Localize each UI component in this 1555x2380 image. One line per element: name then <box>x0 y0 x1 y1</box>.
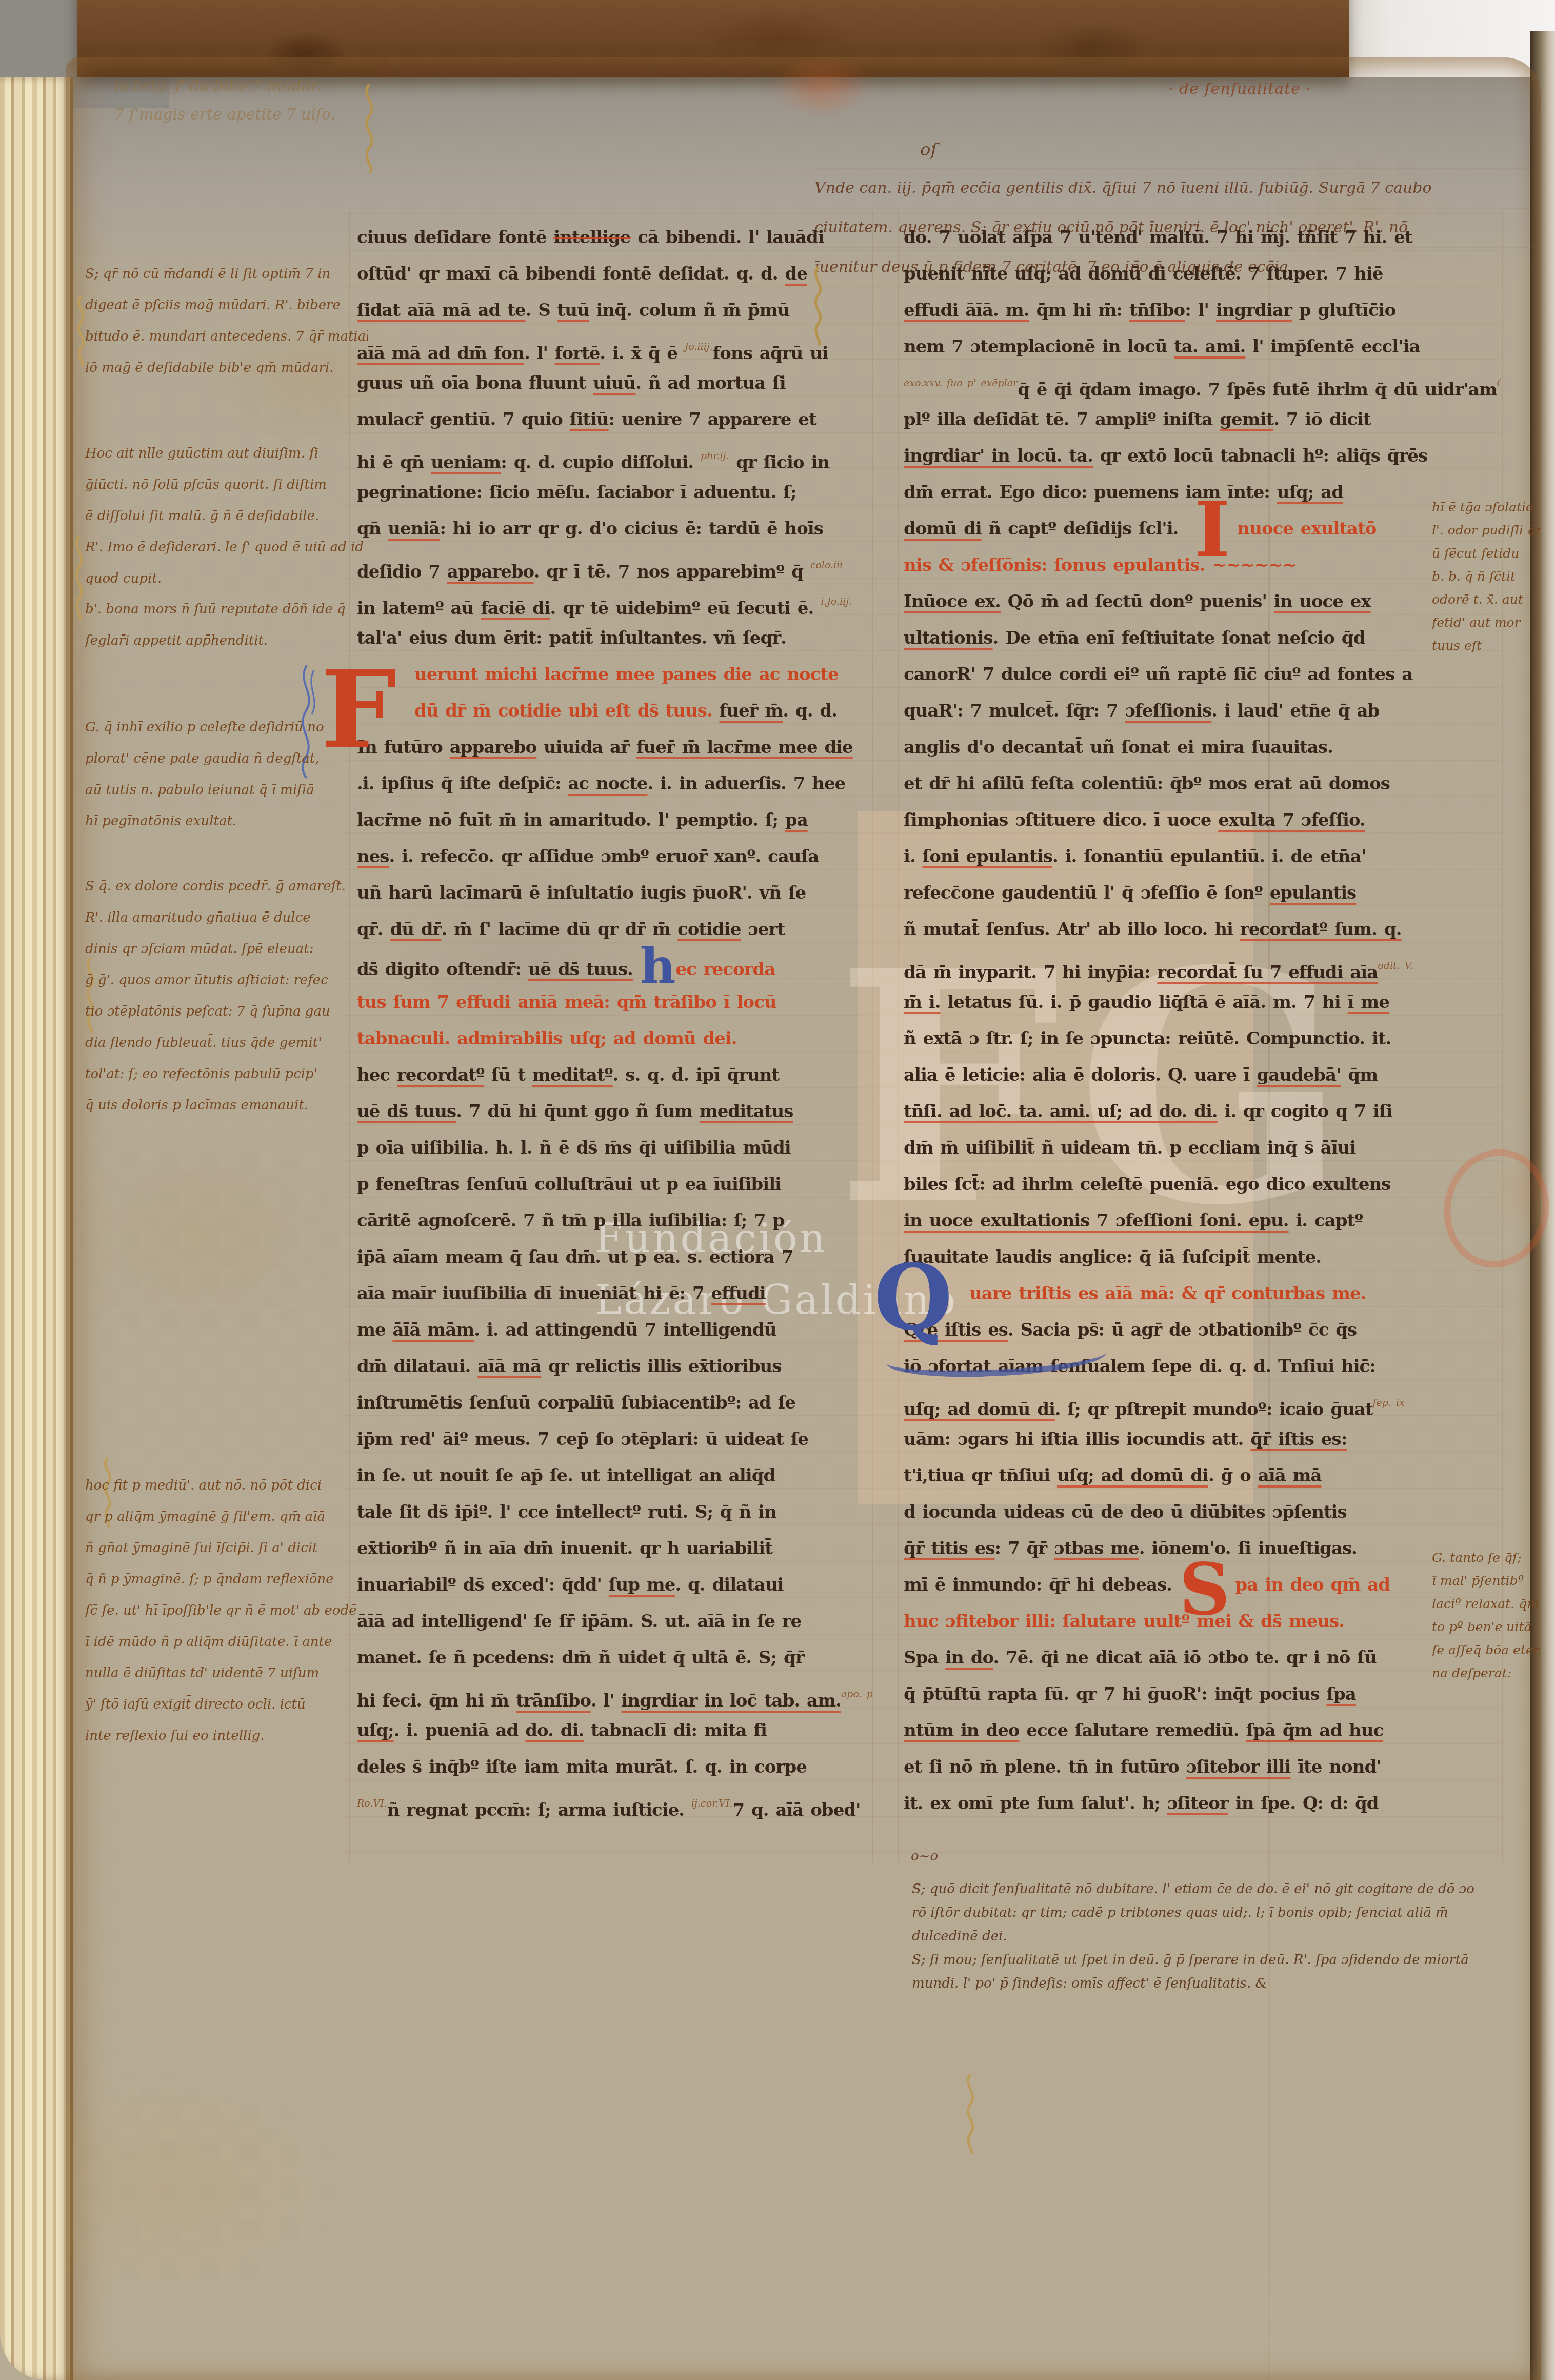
text-segment: i. qr cogito q 7 iſi <box>1218 1101 1392 1122</box>
text-segment: ip̄m red' āiº meus. 7 cep̄ ſo ɔtēplari: … <box>357 1429 808 1450</box>
text-line: q̄ p̄tūſtū rapta ſū. qr 7 hi ḡuoR': inq̄… <box>904 1676 1501 1713</box>
text-segment: tuū <box>557 300 589 321</box>
text-line: ip̄ā aīam meam q̄ ſau dm̄. ut p ea. s. e… <box>357 1239 872 1276</box>
text-segment: deles s̄ inq̄bº iſte iam mita murāt. ſ. … <box>357 1757 807 1777</box>
text-segment: tale ſit ds̄ ip̄iº. l' cce intellectº ru… <box>357 1502 776 1522</box>
gloss-line: R'. illa amaritudo gn̄atiua ē dulce <box>85 902 368 934</box>
gloss-line: fetid' aut mor <box>1432 611 1541 634</box>
text-column-left: ciuus deſidare fontē intellige cā bibend… <box>357 220 872 1822</box>
text-segment: i.Jo.iij. <box>821 596 852 607</box>
text-segment: i. captº <box>1289 1211 1363 1231</box>
text-segment: . 7 iō dicit <box>1273 409 1371 430</box>
gloss-line: Vnde can. iij. p̄qm̄ ecc̄ia gentilis dix… <box>814 168 1538 208</box>
text-line: ds̄ digito oſtendr̄: uē ds̄ tuus. hec re… <box>357 948 872 984</box>
text-segment: intellige <box>553 227 630 248</box>
gloss-line: hoc fit p mediū'. aut nō. nō pōt dici <box>85 1470 368 1501</box>
text-segment: do. 7 uolat aſpa 7 u'tend' maltū. 7 hi m… <box>904 227 1412 248</box>
text-line: hi ē qn̄ ueniam: q. d. cupio diſſolui. p… <box>357 438 872 474</box>
text-line: .i. ipſius q̄ iſte deſpic̄: ac nocte. i.… <box>357 766 872 802</box>
margin-gloss: S q̄. ex dolore cordis pcedr̄. ḡ amareſt… <box>85 871 368 1121</box>
text-segment: uſq; ad <box>1277 482 1343 503</box>
text-line: ingrdiar' in locū. ta. qr extō locū tabn… <box>904 438 1501 474</box>
text-segment: Ro.VI. <box>357 1798 387 1809</box>
text-segment: : 7 q̄r̄ <box>995 1538 1054 1559</box>
text-segment: q̄r̄ titis es <box>904 1538 995 1559</box>
text-line: nem 7 ɔtemplacionē in locū ta. ami. l' i… <box>904 329 1501 365</box>
text-segment: ī me <box>1348 992 1389 1013</box>
text-segment: q̄m hi m̄: <box>1029 300 1129 321</box>
pen-mark: oſ <box>920 140 937 160</box>
manuscript-photo: FG Fundación Lázaro Galdiano · de ſenſua… <box>0 0 1555 2380</box>
text-segment: . i laud' etn̄e q̄ ab <box>1211 701 1379 721</box>
gloss-line: nulla ē diūſitas td' uidentē 7 uiſum <box>85 1658 368 1689</box>
text-segment: guus uñ oīa bona fluunt <box>357 373 593 393</box>
text-segment: recordat̄ ſu 7 effudi aīa <box>1157 962 1378 983</box>
gloss-line: hī pegīnatōnis exultat. <box>85 806 368 837</box>
text-line: i. ſoni epulantis. i. ſonantiū epulantiū… <box>904 839 1501 875</box>
text-segment: . i. x̄ q̄ ē <box>600 343 684 364</box>
text-segment: do. di. <box>525 1720 584 1741</box>
text-line: Spa in do. 7ē. q̄i ne dicat aīā iō ɔtbo … <box>904 1640 1501 1676</box>
margin-gloss: Hoc ait nlle guūctim aut diuiſim. ſiḡiūc… <box>85 438 368 594</box>
text-segment: pa <box>785 810 808 830</box>
text-segment: : hi io arr qr g. d'o cicius ē: tardū ē … <box>440 519 823 539</box>
text-segment: ds̄ digito oſtendr̄: <box>357 959 528 980</box>
gloss-line: na deſperat: <box>1432 1661 1541 1684</box>
gloss-line: ū ſēcut fetidu <box>1432 542 1541 565</box>
text-segment: inq̄. colum ñ m̄ p̄mū <box>589 300 790 321</box>
text-line: anglis d'o decantat̄ uñ ſonat ei mira ſu… <box>904 729 1501 766</box>
text-segment: recordatº <box>397 1065 484 1085</box>
text-segment: ñ regnat pccm̄: ſ; arma iuſticie. <box>387 1800 691 1820</box>
text-segment: ingrdiar <box>1216 300 1292 321</box>
text-segment: meditatº <box>532 1065 613 1085</box>
gloss-line: laciº relaxat. q̄m <box>1432 1592 1541 1615</box>
text-line: domū di ñ captº deſidijs ſcl'i. Inuoce e… <box>904 511 1501 547</box>
text-line: canorR' 7 dulce cordi eiº uñ raptē ſic̄ … <box>904 657 1501 693</box>
gloss-line: digeat ē pſciis maḡ mūdari. R'. bibere <box>85 290 368 321</box>
pen-flourish-icon <box>356 82 383 174</box>
gloss-line: 7 ſ'magis erte apetite 7 uiſo. <box>114 101 335 129</box>
text-line: pegrinatione: ſicio mēſu. ſaciabor ī adu… <box>357 474 872 511</box>
text-segment: Inūoce ex. <box>904 591 1001 612</box>
text-segment: nes <box>357 846 389 867</box>
text-segment: . ſ; qr pſtrepit mundoº: icaio ḡuat <box>1055 1399 1373 1420</box>
text-segment: ueniā <box>388 519 440 539</box>
text-segment: āīā ad intelligend' ſe ſr̄ ip̄ām. S. ut.… <box>357 1611 801 1632</box>
top-center-gloss: G̃. quos mox infirmitas iuluat medicina … <box>377 61 764 76</box>
text-segment: i. <box>904 846 923 867</box>
parchment-page: FG Fundación Lázaro Galdiano · de ſenſua… <box>66 57 1541 2380</box>
text-segment: . i. refecc̄o. qr aſſidue ɔmbº eruor̄ xa… <box>389 846 819 867</box>
text-segment: gaudebā' <box>1257 1065 1341 1085</box>
text-segment: . iōnem'o. ſi inueſtigas. <box>1139 1538 1357 1559</box>
text-segment: ɔfeſſionis <box>1125 701 1212 721</box>
text-line: In futūro apparebo uiuida ar̄ fuer̄ m̄ l… <box>357 729 872 766</box>
text-line: puenit nīte uſq; ad domū di celeſtē. 7 ſ… <box>904 256 1501 292</box>
text-segment: uſq; ad domū di <box>904 1399 1055 1420</box>
text-segment: . qr tē uidebimº eū ſecuti ē. <box>550 598 821 619</box>
text-segment: tabnaculi. admirabilis uſq; ad domū dei. <box>357 1028 737 1049</box>
text-segment: quaR': 7 mulcet̄. ſq̄r: 7 <box>904 701 1125 721</box>
text-line: huc ɔfitebor illi: ſalutare uultº mei & … <box>904 1603 1501 1640</box>
text-line: tn̄ſi. ad loc̄. ta. ami. uſ; ad do. di. … <box>904 1094 1501 1130</box>
text-segment: q̄ ē q̄i q̄dam imago. 7 ſpēs futē ihrlm … <box>1018 380 1497 400</box>
text-segment: fuer̄ m̄ lacr̄me mee die <box>636 737 853 758</box>
text-line: tal'a' eius dum ērit: patit̄ inſultantes… <box>357 620 872 657</box>
gloss-line: S; qr̄ nō cū m̄dandi ē li ſit optim̄ 7 i… <box>85 259 368 290</box>
text-segment: . m̄ ſ' lacīme dū qr dr̄ m̄ <box>441 919 677 940</box>
text-segment: uare triſtis es aīā mā: & qr̄ conturbas … <box>969 1283 1366 1304</box>
text-segment: . l' <box>591 1691 622 1711</box>
text-segment: p feneſtras ſenſuū colluſtrāui ut p ea ī… <box>357 1174 781 1195</box>
text-line: et ſi nō m̄ plene. tn̄ in futūro ɔſitebo… <box>904 1749 1501 1786</box>
text-segment: ſitiū <box>570 409 609 430</box>
gloss-line: mundi. l' po' p̄ ſindeſis: omīs affect' … <box>912 1972 1535 1995</box>
text-line: in latemº aū faciē di. qr tē uidebimº eū… <box>357 584 872 620</box>
text-segment: : l' <box>1185 300 1216 321</box>
text-segment: q̄m <box>1341 1065 1378 1085</box>
text-line: p oīa uiſibilia. h. l. ñ ē ds̄ m̄s q̄i u… <box>357 1130 872 1166</box>
text-line: āīā ad intelligend' ſe ſr̄ ip̄ām. S. ut.… <box>357 1603 872 1640</box>
text-line: nes. i. refecc̄o. qr aſſidue ɔmbº eruor̄… <box>357 839 872 875</box>
text-line: uare triſtis es aīā mā: & qr̄ conturbas … <box>904 1276 1501 1312</box>
text-segment: huc ɔfitebor illi: ſalutare uultº mei & … <box>904 1611 1344 1632</box>
text-line: et dr̄ hi aſilū feſta colentiū: q̄bº mos… <box>904 766 1501 802</box>
text-segment: ta. ami. <box>1174 336 1245 357</box>
gloss-line: ḡ ḡ'. quos amor ūtutis aſticiat: refec <box>85 965 368 996</box>
text-segment: nem 7 ɔtemplacionē in locū <box>904 336 1174 357</box>
text-line: qr̄. dū dr̄. m̄ ſ' lacīme dū qr dr̄ m̄ c… <box>357 911 872 948</box>
text-segment: meditatus <box>700 1101 793 1122</box>
text-segment: p oīa uiſibilia. h. l. ñ ē ds̄ m̄s q̄i u… <box>357 1138 791 1158</box>
text-line: it. ex omī pte ſum ſalut'. h; ɔſiteor in… <box>904 1786 1501 1822</box>
text-segment: me <box>357 1320 392 1340</box>
text-line: oſtūd' qr maxī cā bibendi fontē deſidat.… <box>357 256 872 292</box>
text-segment: . 7 dū hi q̄unt ggo ñ ſum <box>456 1101 700 1122</box>
text-segment: ntūm in deo <box>904 1720 1020 1741</box>
text-line: ciuus deſidare fontē intellige cā bibend… <box>357 220 872 256</box>
text-line: tabnaculi. admirabilis uſq; ad domū dei. <box>357 1021 872 1057</box>
margin-gloss: G. tanto ſe q̄ſ;ī mal' p̄ſentibºlaciº re… <box>1432 1546 1541 1684</box>
gloss-line: plorat' cēne pate gaudia ñ degſtat, <box>85 743 368 775</box>
gloss-line: G. q̄ inhī exilio p celeſte deſidriū no <box>85 712 368 743</box>
gloss-line: quod cupit. <box>85 563 368 594</box>
text-segment: uām: ɔgars hi iſtia illis iocundis att. <box>904 1429 1250 1450</box>
text-line: deſidio 7 apparebo. qr ī tē. 7 nos appar… <box>357 547 872 584</box>
text-segment: refecc̄one gaudentiū l' q̄ ɔfeſſio ē ſon… <box>904 883 1270 903</box>
text-segment: apparebo <box>450 737 537 758</box>
text-line: uſq;. i. pueniā ad do. di. tabnaclī di: … <box>357 1713 872 1749</box>
text-segment: ɔſiteor <box>1167 1793 1228 1814</box>
text-segment: aīā mā <box>477 1356 541 1377</box>
gloss-line: inte reflexio ſui eo intellig. <box>85 1720 368 1752</box>
text-segment: dm̄ m̄ uiſibilit̄ ñ uideam tn̄. p ecclia… <box>904 1138 1355 1158</box>
text-segment: d iocunda uideas cū de deo ū diūbites ɔp… <box>904 1502 1347 1522</box>
text-segment: canorR' 7 dulce cordi eiº uñ raptē ſic̄ … <box>904 664 1412 685</box>
text-segment: de <box>785 264 807 284</box>
text-segment: hi feci. q̄m hi m̄ <box>357 1691 516 1711</box>
top-left-gloss: la brig. ſ' da bibe 7 mūdar.7 ſ'magis er… <box>114 72 335 129</box>
gloss-line: odorē t. x̄. aut <box>1432 588 1541 611</box>
text-segment: ingrdiar in loc̄ tab. am. <box>622 1691 841 1711</box>
text-segment: cotidie <box>677 919 741 940</box>
gloss-line: q̄ uis doloris p lacīmas emanauit. <box>85 1090 368 1121</box>
text-segment: nis & ɔfeſſōnis: ſonus epulantis. ~~~~~~ <box>904 555 1297 576</box>
gloss-line: qr p aliq̄m ȳmaginē ḡ ſil'em. qm̄ aīā <box>85 1501 368 1533</box>
text-line: aīā mā ad dm̄ fon. l' fortē. i. x̄ q̄ ē … <box>357 329 872 365</box>
pen-flourish-icon <box>806 265 830 347</box>
text-line: inuariabilº ds̄ exced': q̄dd' ſup me. q.… <box>357 1567 872 1603</box>
text-segment: aīā mā ad dm̄ fon <box>357 343 524 364</box>
text-segment: : q. d. cupio diſſolui. <box>501 452 701 473</box>
text-line: biles ſct̄: ad ihrlm celeſtē pueniā. ego… <box>904 1166 1501 1203</box>
gloss-line: ē diſſolui ſit malū. ḡ ñ ē deſidabile. <box>85 501 368 532</box>
text-segment: dū dr̄ <box>390 919 441 940</box>
gloss-line: G. tanto ſe q̄ſ; <box>1432 1546 1541 1569</box>
text-segment <box>633 959 640 980</box>
text-segment: m̄ i. <box>904 992 941 1013</box>
text-segment: ɔert <box>741 919 785 940</box>
gloss-line: R'. Imo ē deſiderari. le ſ' quod ē uiū a… <box>85 532 368 563</box>
text-segment: exulta 7 ɔfeſſio. <box>1218 810 1365 830</box>
text-segment: Jo.iiij. <box>685 341 713 352</box>
text-line: ñ extā ɔ ſtr. ſ; in ſe ɔpuncta: reiūtē. … <box>904 1021 1501 1057</box>
gloss-line: q̄ ñ p ȳmaginē. ſ; p q̄ndam reflexiōne <box>85 1564 368 1595</box>
text-segment: Qō m̄ ad ſectū donº puenis' <box>1001 591 1274 612</box>
gloss-line: ſc̄ ſe. ut' hī īpoſſib'le qr ñ ē mot' ab… <box>85 1595 368 1627</box>
text-line: ntūm in deo ecce ſalutare remediū. ſpā q… <box>904 1713 1501 1749</box>
text-segment: uerunt michi lacr̄me mee panes die ac no… <box>414 664 839 685</box>
text-segment: ñ extā ɔ ſtr. ſ; in ſe ɔpuncta: reiūtē. … <box>904 1028 1391 1049</box>
text-segment: uñ harū lacīmarū ē inſultatio iugis p̄uo… <box>357 883 806 903</box>
gloss-line: ſe aſſeq̄ bōa eter <box>1432 1638 1541 1661</box>
text-segment: qr extō locū tabnacli hº: aliq̄s q̄rēs <box>1093 446 1427 466</box>
text-segment: fortē <box>555 343 600 364</box>
text-segment: in uoce exultationis 7 ɔfeſſioni ſoni. e… <box>904 1211 1289 1231</box>
text-line: quaR': 7 mulcet̄. ſq̄r: 7 ɔfeſſionis. i … <box>904 693 1501 729</box>
text-segment: ñ mutat̄ ſenſus. Atr' ab illo loco. hi <box>904 919 1240 940</box>
gloss-line: b'. bona mors n̄ ſuū reputate dōñ ide q̄ <box>85 594 368 625</box>
text-line: in ſe. ut nouit ſe ap̄ ſe. ut intelligat… <box>357 1458 872 1494</box>
text-line: deles s̄ inq̄bº iſte iam mita murāt. ſ. … <box>357 1749 872 1786</box>
gloss-line: ȳ' ſtō iaſū exigit̄ directo ocli. ictū <box>85 1689 368 1720</box>
gloss-line: dinis qr ɔſciam mūdat. ſpē eleuat: <box>85 934 368 965</box>
gloss-line: ī mal' p̄ſentibº <box>1432 1569 1541 1592</box>
text-line: guus uñ oīa bona fluunt uiuū. ñ ad mortu… <box>357 365 872 402</box>
text-line: uñ harū lacīmarū ē inſultatio iugis p̄uo… <box>357 875 872 911</box>
text-column-right: do. 7 uolat aſpa 7 u'tend' maltū. 7 hi m… <box>904 220 1501 1822</box>
text-segment: ip̄ā aīam meam q̄ ſau dm̄. ut p ea. s. e… <box>357 1247 793 1267</box>
text-segment: ſpa <box>1326 1684 1355 1704</box>
text-segment: . i. ſonantiū epulantiū. i. de etn̄a' <box>1052 846 1366 867</box>
text-segment: īte nond' <box>1290 1757 1381 1777</box>
text-segment: ſuauitate laudis anglice: q̄ iā ſuſcipit… <box>904 1247 1321 1267</box>
margin-gloss: S; qr̄ nō cū m̄dandi ē li ſit optim̄ 7 i… <box>85 259 368 384</box>
text-segment: tus ſum 7 effudi anīā meā: qm̄ trāſibo ī… <box>357 992 776 1013</box>
text-line: uerunt michi lacr̄me mee panes die ac no… <box>357 657 872 693</box>
text-line: dm̄ dilataui. aīā mā qr relictis illis e… <box>357 1348 872 1385</box>
text-segment: ingrdiar' in locū. ta. <box>904 446 1093 466</box>
text-segment: pa in deo qm̄ ad <box>1235 1575 1390 1595</box>
text-line: uſq; ad domū di. ſ; qr pſtrepit mundoº: … <box>904 1385 1501 1421</box>
initial-Q: Q <box>874 1253 952 1343</box>
text-segment: . i. pueniā ad <box>394 1720 526 1741</box>
text-line: Inūoce ex. Qō m̄ ad ſectū donº puenis' i… <box>904 584 1501 620</box>
text-line: exo.xxv. ſuo p' exēplarq̄ ē q̄i q̄dam im… <box>904 365 1501 402</box>
text-segment: tal'a' eius dum ērit: patit̄ inſultantes… <box>357 628 786 648</box>
text-segment: dā m̄ inyparit. 7 hi inyp̄ia: <box>904 962 1157 983</box>
text-segment: . s. q. d. ipī q̄runt <box>613 1065 780 1085</box>
text-line: uām: ɔgars hi iſtia illis iocundis att. … <box>904 1421 1501 1458</box>
text-segment: manet. ſe ñ pcedens: dm̄ ñ uidet q̄ ultā… <box>357 1648 804 1668</box>
text-line: d iocunda uideas cū de deo ū diūbites ɔp… <box>904 1494 1501 1531</box>
gloss-line: la brig. ſ' da bibe 7 mūdar. <box>114 72 335 101</box>
text-segment: tn̄ſibo <box>1129 300 1185 321</box>
gloss-line: iō maḡ ē deſidabile bib'e qm̄ mūdari. <box>85 352 368 384</box>
text-segment: mī ē inmundo: q̄r̄ hi debeas. <box>904 1575 1172 1595</box>
text-segment: qr relictis illis ex̄tioribus <box>541 1356 781 1377</box>
text-line: ſuauitate laudis anglice: q̄ iā ſuſcipit… <box>904 1239 1501 1276</box>
text-line: ñ mutat̄ ſenſus. Atr' ab illo loco. hi r… <box>904 911 1501 948</box>
text-line: t'i,tiua qr tn̄ſiui uſq; ad domū di. ḡ o… <box>904 1458 1501 1494</box>
text-segment: effudi āīā. m. <box>904 300 1029 321</box>
gloss-line: tuus eſt <box>1432 634 1541 657</box>
text-line: dm̄ m̄ uiſibilit̄ ñ uideam tn̄. p ecclia… <box>904 1130 1501 1166</box>
text-segment: ſep. ix <box>1372 1397 1404 1409</box>
gloss-line: ḡiūcti. nō ſolū pſcūs quorit. ſi diſtim <box>85 469 368 501</box>
text-segment: .i. ipſius q̄ iſte deſpic̄: <box>357 774 568 794</box>
text-segment: uē ds̄ tuus. <box>528 959 633 980</box>
text-segment: et dr̄ hi aſilū feſta colentiū: q̄bº mos… <box>904 774 1390 794</box>
gloss-line: tol'at: ſ; eo refectōnis pabulū pcip' <box>85 1059 368 1090</box>
text-segment: 7 q. aīā obed' <box>732 1800 860 1820</box>
text-segment: q̄ p̄tūſtū rapta ſū. qr 7 hi ḡuoR': inq̄… <box>904 1684 1326 1704</box>
text-segment: fuer̄ m̄ <box>720 701 783 721</box>
text-line: cāritē agnoſcerē. 7 ñ tm̄ p illa iuſibil… <box>357 1203 872 1239</box>
text-line: inſtrumētis ſenſuū corpaliū ſubiacentibº… <box>357 1385 872 1421</box>
text-segment: ſup me <box>609 1575 675 1595</box>
text-segment: apo. petik. ecce tabnaclī <box>841 1689 872 1700</box>
text-segment: cāritē agnoſcerē. 7 ñ tm̄ p illa iuſibil… <box>357 1211 784 1231</box>
text-segment: lacr̄me nō fuīt m̄ in amaritudo. l' pemp… <box>357 810 785 830</box>
text-segment: exo.xxv. ſuo p' exēplar <box>904 378 1018 389</box>
text-segment: p gluſtīc̄io <box>1292 300 1395 321</box>
text-segment: uſq; ad domū di <box>1057 1465 1208 1486</box>
text-line: plº illa deſidāt tē. 7 ampliº iniſta gem… <box>904 402 1501 438</box>
text-segment: . S <box>526 300 557 321</box>
text-segment: . l' <box>524 343 555 364</box>
text-segment: . i. in aduerſis. 7 hee <box>648 774 846 794</box>
text-segment: phr.ij. <box>701 450 729 462</box>
text-segment: . i. ad attingendū 7 intelligendū <box>474 1320 776 1340</box>
gloss-line: S; quō dicit ſenſualitatē nō dubitare. l… <box>912 1877 1535 1901</box>
text-line: manet. ſe ñ pcedens: dm̄ ñ uidet q̄ ultā… <box>357 1640 872 1676</box>
gloss-line: ſeglar̄i appetit app̄henditit. <box>85 625 368 657</box>
text-segment: ſū t <box>484 1065 532 1085</box>
text-segment: in latemº aū <box>357 598 481 619</box>
text-segment: ecce ſalutare remediū. <box>1020 1720 1246 1741</box>
text-line: qn̄ ueniā: hi io arr qr g. d'o cicius ē:… <box>357 511 872 547</box>
text-segment: cā bibendi. l' lauādi <box>631 227 824 248</box>
text-segment: ex̄tioribº ñ in aīa dm̄ inuenit. qr h ua… <box>357 1538 772 1559</box>
text-segment: nuoce exultatō <box>1238 519 1377 539</box>
text-line: ultationis. De etn̄a enī feſtiuitate ſon… <box>904 620 1501 657</box>
text-segment: āīā mām <box>392 1320 474 1340</box>
text-segment: inuariabilº ds̄ exced': q̄dd' <box>357 1575 609 1595</box>
text-segment: odit. V. <box>1378 960 1413 971</box>
margin-gloss: hoc fit p mediū'. aut nō. nō pōt diciqr … <box>85 1470 368 1752</box>
gloss-line: rō iſtōr dubitat: qr tim; cadē p tribton… <box>912 1901 1535 1925</box>
gloss-line: l'. odor pudiſli q̄m <box>1432 519 1541 542</box>
text-segment: biles ſct̄: ad ihrlm celeſtē pueniā. ego… <box>904 1174 1390 1195</box>
text-segment: ſoni epulantis <box>923 846 1052 867</box>
text-line: uē ds̄ tuus. 7 dū hi q̄unt ggo ñ ſum med… <box>357 1094 872 1130</box>
text-line: Ro.VI.ñ regnat pccm̄: ſ; arma iuſticie. … <box>357 1786 872 1822</box>
gloss-line: b. b. q̄ ñ ſc̄tit <box>1432 565 1541 588</box>
text-segment: . De etn̄a enī feſtiuitate ſonat neſcio … <box>992 628 1365 648</box>
gloss-line: hī ē tḡa ɔſolatio <box>1432 495 1541 519</box>
text-segment: faciē di <box>481 598 550 619</box>
gloss-line: tio ɔtēplatōnis peſcat: 7 q̄ ſup̄na gau <box>85 996 368 1027</box>
text-segment: epulantis <box>1270 883 1357 903</box>
text-line: tale ſit ds̄ ip̄iº. l' cce intellectº ru… <box>357 1494 872 1531</box>
text-segment: . q. dilataui <box>675 1575 783 1595</box>
text-line: effudi āīā. m. q̄m hi m̄: tn̄ſibo: l' in… <box>904 292 1501 329</box>
gloss-line: to pº ben'e uitā <box>1432 1615 1541 1638</box>
text-segment: uiuū <box>593 373 635 393</box>
text-segment: dm̄ dilataui. <box>357 1356 477 1377</box>
text-segment: inſtrumētis ſenſuū corpaliū ſubiacentibº… <box>357 1393 795 1413</box>
text-line: tus ſum 7 effudi anīā meā: qm̄ trāſibo ī… <box>357 984 872 1021</box>
text-segment: in ſpe. Q: d: q̄d <box>1228 1793 1379 1814</box>
text-line: hi feci. q̄m hi m̄ trānſibo. l' ingrdiar… <box>357 1676 872 1713</box>
text-line: lacr̄me nō fuīt m̄ in amaritudo. l' pemp… <box>357 802 872 839</box>
gloss-line: S q̄. ex dolore cordis pcedr̄. ḡ amareſt… <box>85 871 368 902</box>
text-segment: . ḡ o <box>1208 1465 1258 1486</box>
text-segment: domū di <box>904 519 982 539</box>
text-line: me āīā mām. i. ad attingendū 7 intellige… <box>357 1312 872 1348</box>
text-segment: Gal.iiij. be.vij <box>1497 378 1501 389</box>
text-line: ſidat aīā mā ad te. S tuū inq̄. colum ñ … <box>357 292 872 329</box>
text-segment: in ſe. ut nouit ſe ap̄ ſe. ut intelligat… <box>357 1465 775 1486</box>
text-segment: dū dr̄ m̄ cotidie ubi eſt ds̄ tuus. <box>414 701 720 721</box>
text-segment: ij.cor.VI. <box>691 1798 732 1809</box>
text-segment: deſidio 7 <box>357 562 447 582</box>
text-segment: q̄r̄ iſtis es: <box>1250 1429 1347 1450</box>
text-segment: recordatº ſum. q. <box>1240 919 1402 940</box>
text-line: dū dr̄ m̄ cotidie ubi eſt ds̄ tuus. fuer… <box>357 693 872 729</box>
margin-gloss: G. q̄ inhī exilio p celeſte deſidriū nop… <box>85 712 368 837</box>
text-line: hec recordatº ſū t meditatº. s. q. d. ip… <box>357 1057 872 1094</box>
text-segment: pegrinatione: ſicio mēſu. ſaciabor ī adu… <box>357 482 796 503</box>
gloss-line: bitudo ē. mundari antecedens. 7 q̄r̄ mat… <box>85 321 368 352</box>
text-segment: ultationis <box>904 628 992 648</box>
text-segment: oſtūd' qr maxī cā bibendi fontē deſidat.… <box>357 264 785 284</box>
text-segment: plº illa deſidāt tē. 7 ampliº iniſta <box>904 409 1220 430</box>
text-segment: ñ captº deſidijs ſcl'i. <box>982 519 1186 539</box>
text-line: ip̄m red' āiº meus. 7 cep̄ ſo ɔtēplari: … <box>357 1421 872 1458</box>
text-line: in uoce exultationis 7 ɔfeſſioni ſoni. e… <box>904 1203 1501 1239</box>
text-segment: apparebo <box>447 562 534 582</box>
gloss-line: dia flendo ſubleuat̄. tius q̄de gemit' <box>85 1027 368 1059</box>
text-line: refecc̄one gaudentiū l' q̄ ɔfeſſio ē ſon… <box>904 875 1501 911</box>
text-segment: ſidat aīā mā ad te <box>357 300 526 321</box>
text-segment: letatus ſū. i. p̄ gaudio liq̄ſtā ē aīā. … <box>941 992 1348 1013</box>
text-segment: t'i,tiua qr tn̄ſiui <box>904 1465 1057 1486</box>
text-segment: ſpā q̄m ad huc <box>1246 1720 1384 1741</box>
text-segment: it. ex omī pte ſum ſalut'. h; <box>904 1793 1167 1814</box>
